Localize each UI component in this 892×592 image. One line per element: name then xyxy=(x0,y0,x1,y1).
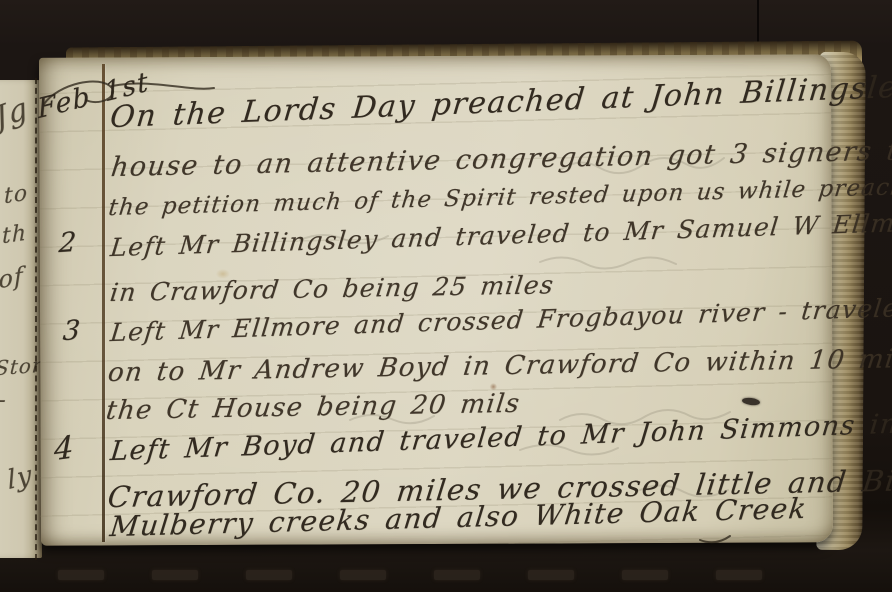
entry-date: 2 xyxy=(58,227,79,260)
journal-scan: Jg to th of Storm - ly Feb 1st 2 xyxy=(0,0,892,592)
film-mark xyxy=(246,570,292,580)
entry-date: 4 xyxy=(54,429,75,468)
entry-date: 3 xyxy=(62,315,83,348)
film-mark xyxy=(716,570,762,580)
film-mark xyxy=(152,570,198,580)
film-mark xyxy=(434,570,480,580)
film-mark xyxy=(528,570,574,580)
film-mark xyxy=(58,570,104,580)
film-mark xyxy=(340,570,386,580)
film-mark xyxy=(622,570,668,580)
